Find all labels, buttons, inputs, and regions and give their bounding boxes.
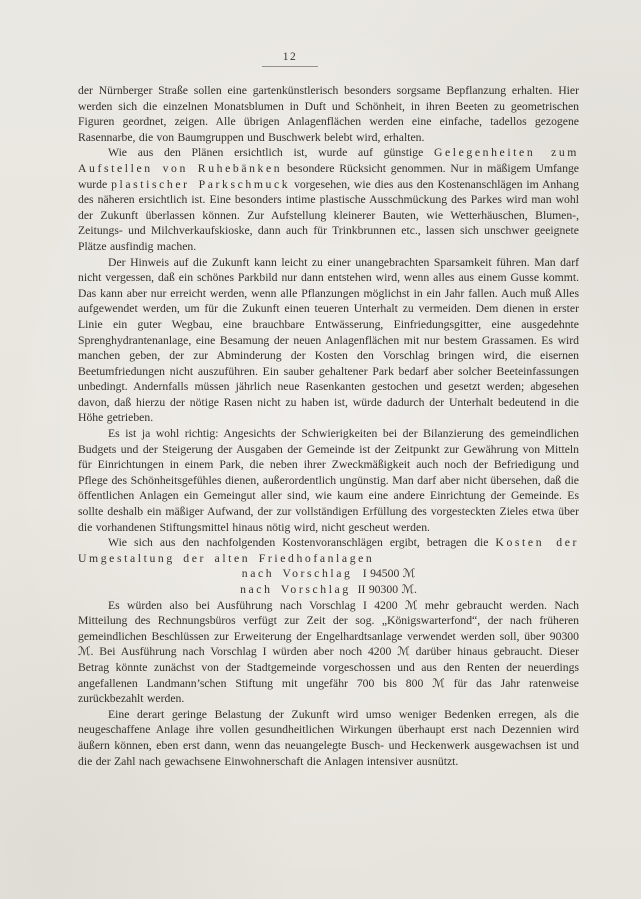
text-run: der Nürnberger Straße sollen eine garten… [78,84,579,144]
letterspaced-emphasis-text: plastischer Parkschmuck [111,178,290,191]
page-number-rule [262,66,318,67]
text-run: Es würden also bei Ausführung nach Vorsc… [108,599,405,612]
mark-currency-symbol: ℳ [397,644,410,658]
scanned-book-page: 12 der Nürnberger Straße sollen eine gar… [0,0,641,899]
text-run: Eine derart geringe Belastung der Zukunf… [78,708,579,768]
text-run: Es ist ja wohl richtig: Angesichts der S… [78,427,579,534]
text-run: I 94500 [352,567,402,580]
intro-continuation-paragraph: der Nürnberger Straße sollen eine garten… [78,83,579,145]
text-run: Wie aus den Plänen ersichtlich ist, wurd… [108,146,434,159]
text-run: II 90300 [351,583,402,596]
future-economy-paragraph: Der Hinweis auf die Zukunft kann leicht … [78,255,579,427]
text-run: Der Hinweis auf die Zukunft kann leicht … [78,256,579,425]
mark-currency-symbol: ℳ [401,582,414,596]
mark-currency-symbol: ℳ [78,644,91,658]
funding-paragraph: Es würden also bei Ausführung nach Vorsc… [78,598,579,707]
cost-line-proposal-2: nach Vorschlag II 90300 ℳ. [78,582,579,598]
budget-paragraph: Es ist ja wohl richtig: Angesichts der S… [78,426,579,535]
text-run: . Bei Ausführung nach Vorschlag I würden… [91,645,398,658]
letterspaced-emphasis-text: nach Vorschlag [240,583,351,596]
text-run: . [414,583,417,596]
mark-currency-symbol: ℳ [405,598,418,612]
text-run: Wie sich aus den nachfolgenden Kostenvor… [108,536,495,549]
closing-paragraph: Eine derart geringe Belastung der Zukunf… [78,707,579,769]
cost-line-proposal-1: nach Vorschlag I 94500 ℳ [78,566,579,582]
page-number: 12 [254,51,326,63]
page-header: 12 [78,51,578,67]
costs-intro-paragraph: Wie sich aus den nachfolgenden Kostenvor… [78,535,579,566]
mark-currency-symbol: ℳ [403,566,416,580]
page-body-text: der Nürnberger Straße sollen eine garten… [78,83,579,769]
benches-paragraph: Wie aus den Plänen ersichtlich ist, wurd… [78,145,579,254]
letterspaced-emphasis-text: nach Vorschlag [242,567,353,580]
mark-currency-symbol: ℳ [432,676,445,690]
